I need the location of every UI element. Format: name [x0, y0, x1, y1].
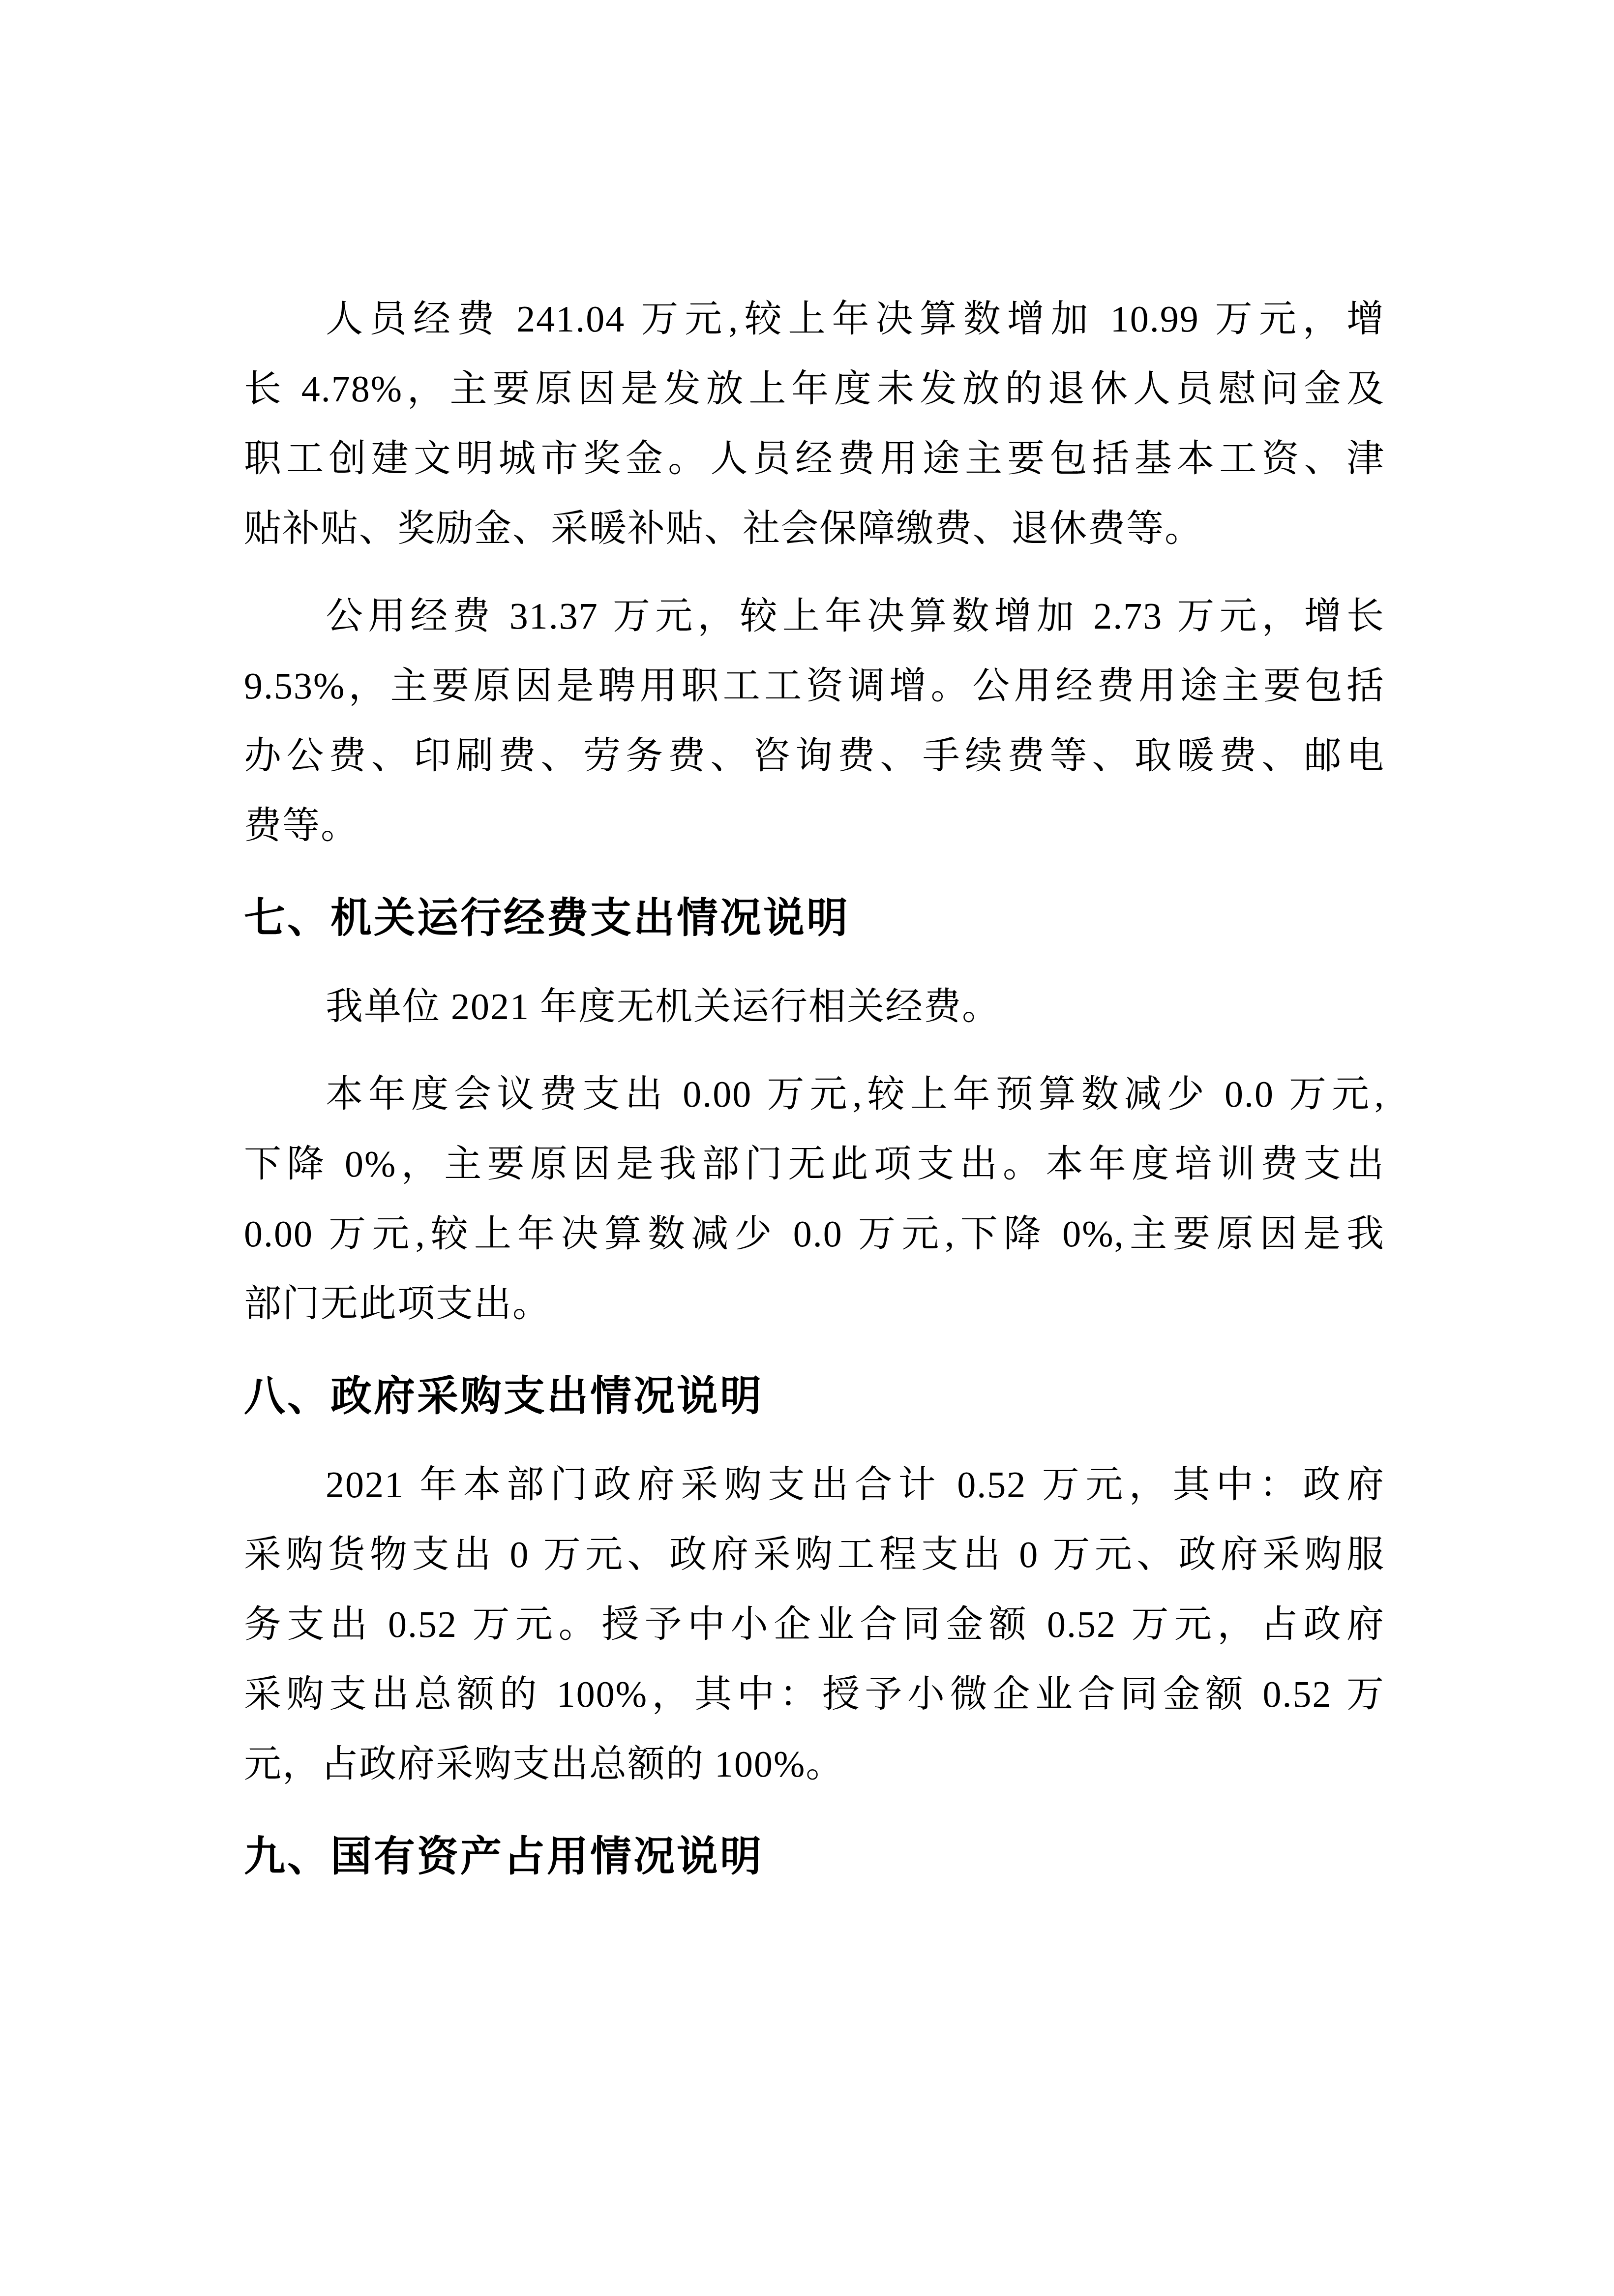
paragraph-line: 0.00 万元,较上年决算数减少 0.0 万元,下降 0%,主要原因是我: [244, 1199, 1385, 1269]
paragraph-line: 长 4.78%，主要原因是发放上年度未发放的退休人员慰问金及: [244, 354, 1385, 424]
paragraph-line: 下降 0%，主要原因是我部门无此项支出。本年度培训费支出: [244, 1129, 1385, 1199]
paragraph-line: 本年度会议费支出 0.00 万元,较上年预算数减少 0.0 万元,: [244, 1059, 1385, 1129]
paragraph: 本年度会议费支出 0.00 万元,较上年预算数减少 0.0 万元,下降 0%，主…: [244, 1059, 1385, 1339]
section-heading: 八、政府采购支出情况说明: [244, 1359, 1385, 1432]
paragraph: 人员经费 241.04 万元,较上年决算数增加 10.99 万元，增长 4.78…: [244, 284, 1385, 564]
paragraph-line: 办公费、印刷费、劳务费、咨询费、手续费等、取暖费、邮电: [244, 721, 1385, 791]
paragraph-line: 元，占政府采购支出总额的 100%。: [244, 1729, 1385, 1799]
paragraph-line: 部门无此项支出。: [244, 1269, 1385, 1339]
paragraph-line: 公用经费 31.37 万元，较上年决算数增加 2.73 万元，增长: [244, 581, 1385, 651]
paragraph-line: 我单位 2021 年度无机关运行相关经费。: [244, 972, 1385, 1042]
paragraph: 公用经费 31.37 万元，较上年决算数增加 2.73 万元，增长9.53%，主…: [244, 581, 1385, 861]
paragraph-line: 采购货物支出 0 万元、政府采购工程支出 0 万元、政府采购服: [244, 1520, 1385, 1590]
section-heading: 九、国有资产占用情况说明: [244, 1820, 1385, 1893]
paragraph-line: 务支出 0.52 万元。授予中小企业合同金额 0.52 万元，占政府: [244, 1590, 1385, 1660]
paragraph: 我单位 2021 年度无机关运行相关经费。: [244, 972, 1385, 1042]
paragraph: 2021 年本部门政府采购支出合计 0.52 万元，其中：政府采购货物支出 0 …: [244, 1450, 1385, 1799]
paragraph-line: 9.53%，主要原因是聘用职工工资调增。公用经费用途主要包括: [244, 651, 1385, 721]
document-content: 人员经费 241.04 万元,较上年决算数增加 10.99 万元，增长 4.78…: [244, 284, 1385, 1910]
paragraph-line: 2021 年本部门政府采购支出合计 0.52 万元，其中：政府: [244, 1450, 1385, 1520]
paragraph-line: 费等。: [244, 791, 1385, 861]
paragraph-line: 职工创建文明城市奖金。人员经费用途主要包括基本工资、津: [244, 424, 1385, 494]
paragraph-line: 采购支出总额的 100%，其中：授予小微企业合同金额 0.52 万: [244, 1660, 1385, 1729]
paragraph-line: 人员经费 241.04 万元,较上年决算数增加 10.99 万元，增: [244, 284, 1385, 354]
paragraph-line: 贴补贴、奖励金、采暖补贴、社会保障缴费、退休费等。: [244, 494, 1385, 564]
document-page: 人员经费 241.04 万元,较上年决算数增加 10.99 万元，增长 4.78…: [0, 0, 1614, 2296]
section-heading: 七、机关运行经费支出情况说明: [244, 881, 1385, 954]
